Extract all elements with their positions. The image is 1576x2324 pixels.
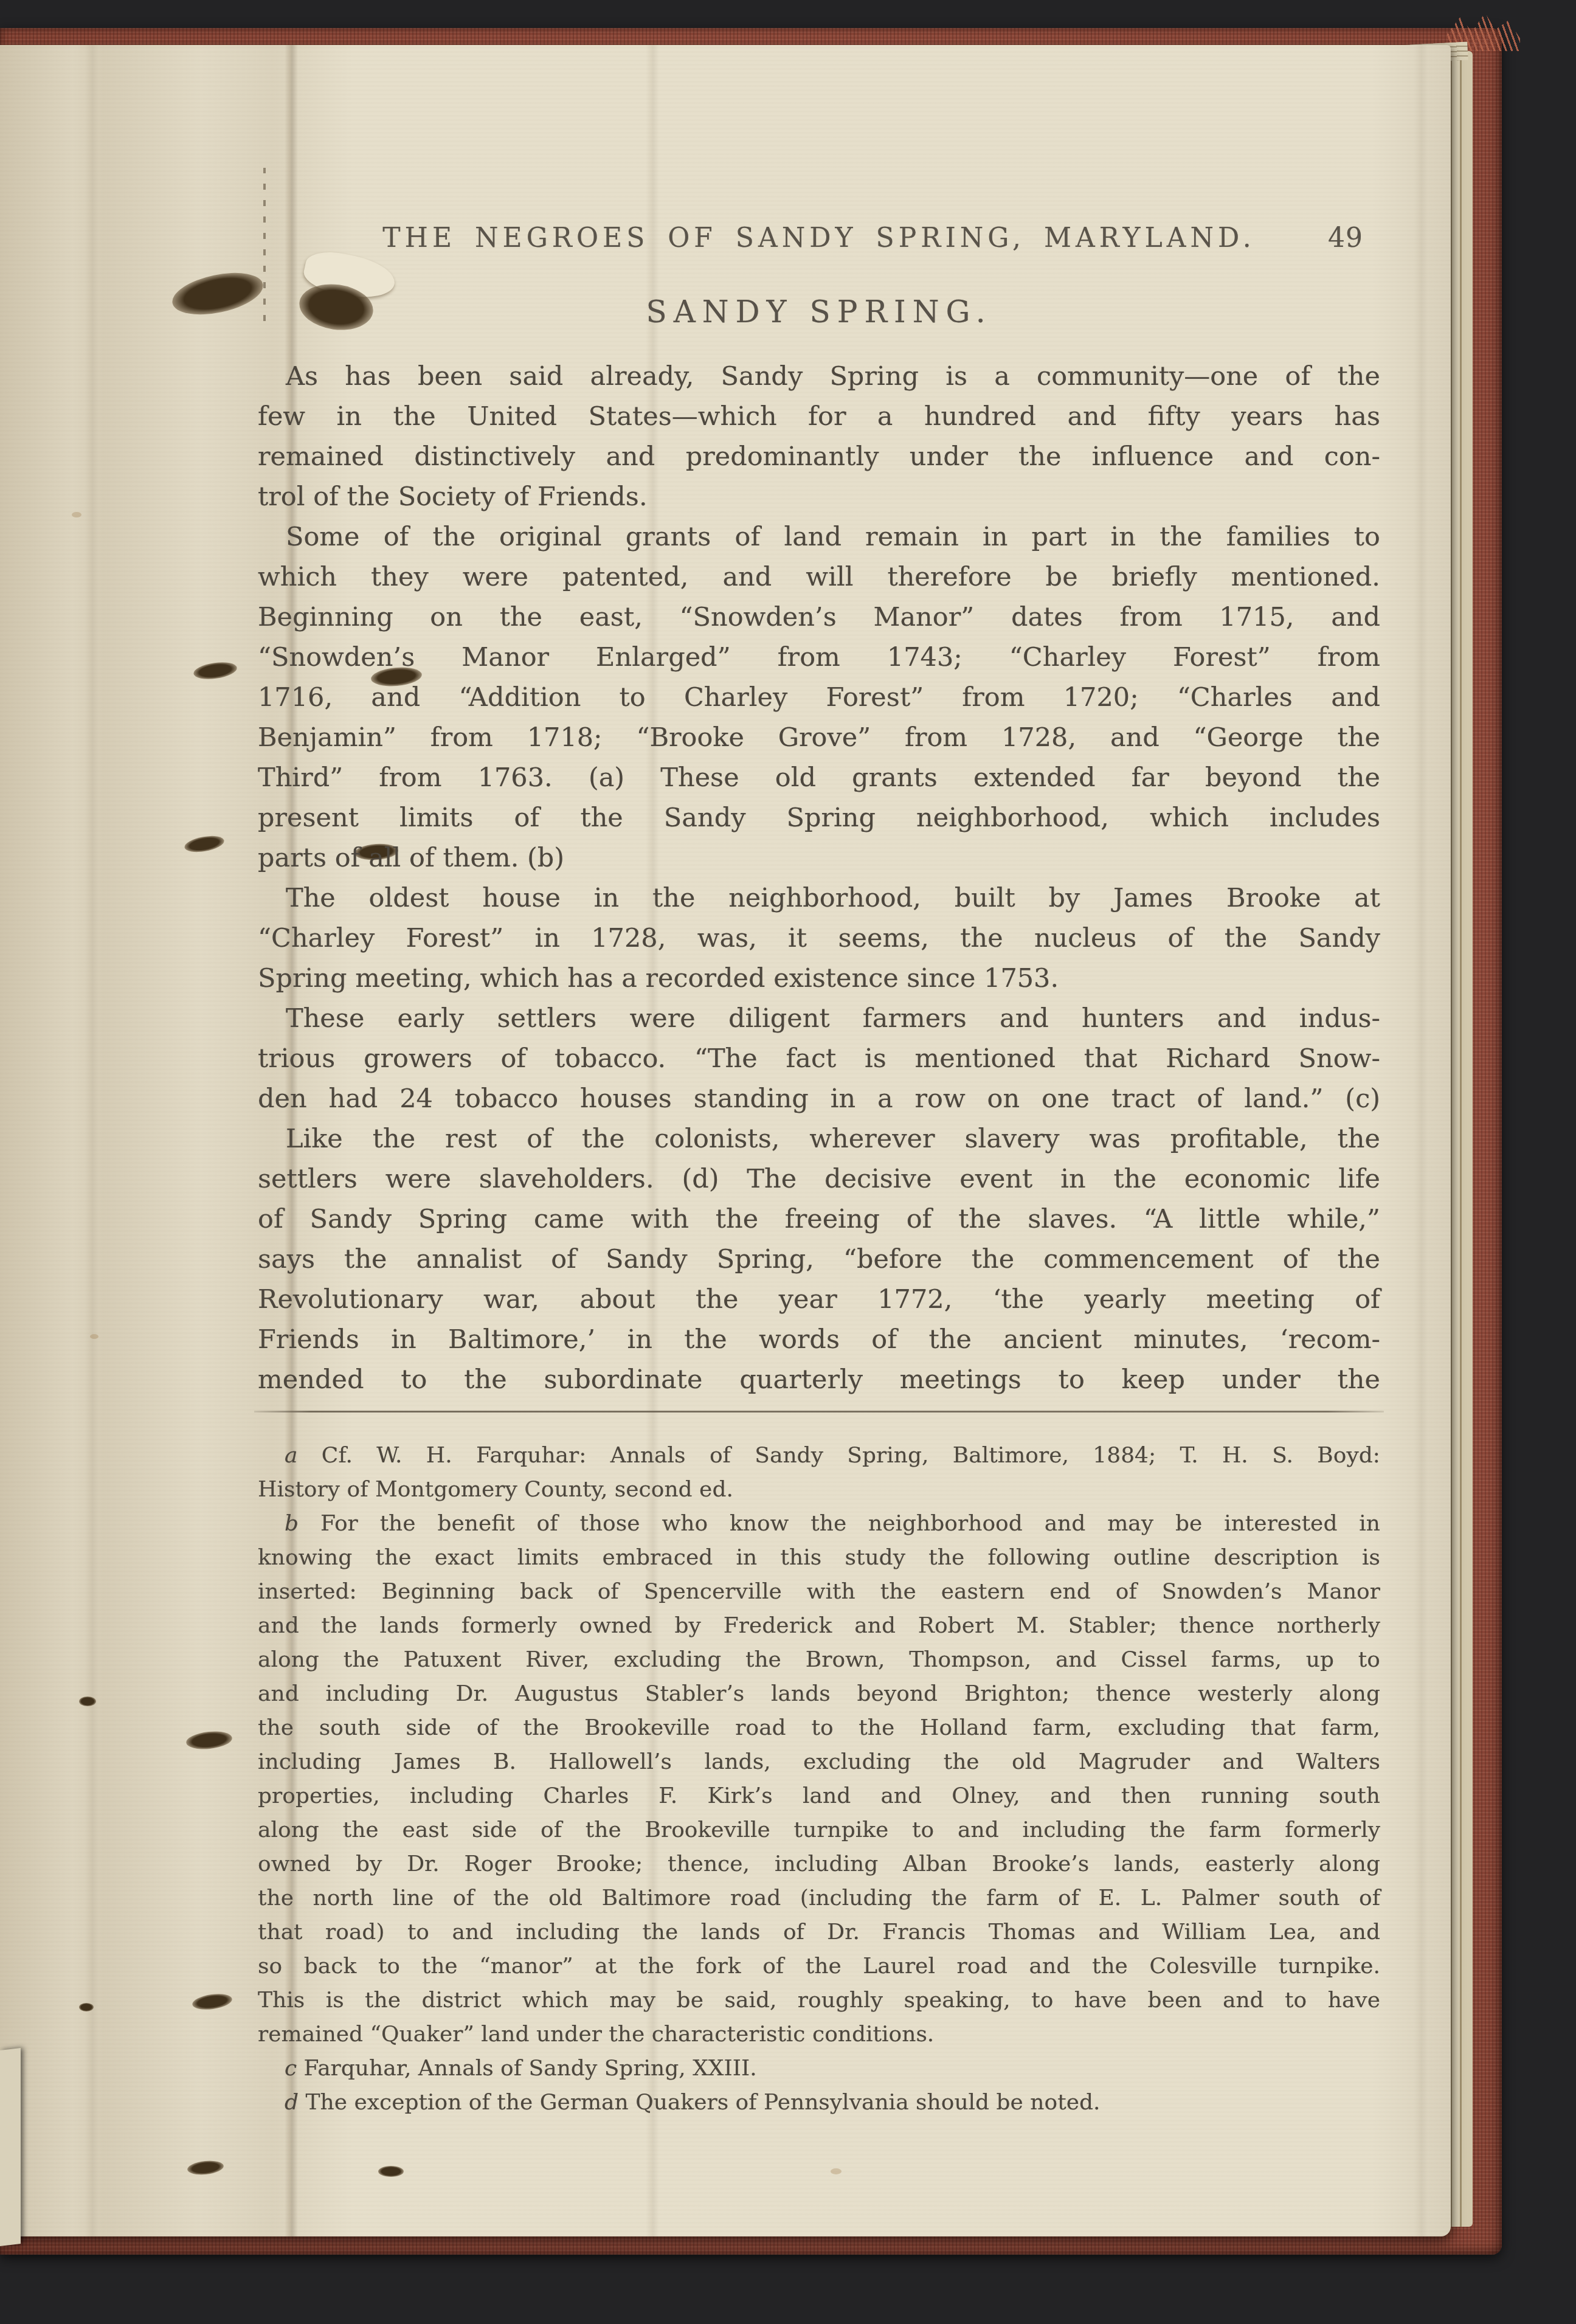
text-line: Friends in Baltimore,’ in the words of t… (258, 1319, 1380, 1360)
footnote: b For the benefit of those who know the … (258, 1507, 1380, 2052)
paragraph: These early settlers were diligent farme… (258, 998, 1380, 1119)
text-line: This is the district which may be said, … (258, 1983, 1380, 2018)
text-line: settlers were slaveholders. (d) The deci… (258, 1159, 1380, 1199)
text-line: Benjamin” from 1718; “Brooke Grove” from… (258, 718, 1380, 758)
text-line: Third” from 1763. (a) These old grants e… (258, 758, 1380, 798)
text-line: the north line of the old Baltimore road… (258, 1881, 1380, 1915)
text-line: 1716, and “Addition to Charley Forest” f… (258, 677, 1380, 718)
text-line: along the east side of the Brookeville t… (258, 1813, 1380, 1847)
text-line: den had 24 tobacco houses standing in a … (258, 1079, 1380, 1119)
binding-hole (79, 2003, 94, 2011)
binding-hole (79, 1696, 96, 1706)
running-head-row: THE NEGROES OF SANDY SPRING, MARYLAND. 4… (258, 223, 1380, 254)
paragraph: Some of the original grants of land rema… (258, 517, 1380, 878)
text-line: mended to the subordinate quarterly meet… (258, 1360, 1380, 1400)
text-line: As has been said already, Sandy Spring i… (258, 356, 1380, 396)
text-line: along the Patuxent River, excluding the … (258, 1643, 1380, 1677)
text-line: Spring meeting, which has a recorded exi… (258, 958, 1380, 998)
text-line: c Farquhar, Annals of Sandy Spring, XXII… (258, 2052, 1380, 2086)
text-line: including James B. Hallowell’s lands, ex… (258, 1745, 1380, 1779)
paper-speck (831, 2168, 842, 2174)
footnote-rule (254, 1411, 1384, 1413)
text-line: Some of the original grants of land rema… (258, 517, 1380, 557)
paragraph: Like the rest of the colonists, wherever… (258, 1119, 1380, 1400)
text-line: so back to the “manor” at the fork of th… (258, 1949, 1380, 1983)
text-line: a Cf. W. H. Farquhar: Annals of Sandy Sp… (258, 1439, 1380, 1473)
paper-speck (90, 1334, 98, 1339)
text-line: remained “Quaker” land under the charact… (258, 2018, 1380, 2052)
text-line: “Snowden’s Manor Enlarged” from 1743; “C… (258, 637, 1380, 677)
footnote: d The exception of the German Quakers of… (258, 2086, 1380, 2120)
text-line: inserted: Beginning back of Spencerville… (258, 1575, 1380, 1609)
paper-speck (72, 512, 81, 517)
running-head: THE NEGROES OF SANDY SPRING, MARYLAND. (382, 223, 1256, 254)
text-line: b For the benefit of those who know the … (258, 1507, 1380, 1541)
section-title: SANDY SPRING. (258, 294, 1380, 330)
text-line: and the lands formerly owned by Frederic… (258, 1609, 1380, 1643)
text-line: The oldest house in the neighborhood, bu… (258, 878, 1380, 918)
text-line: knowing the exact limits embraced in thi… (258, 1541, 1380, 1575)
page-number: 49 (1328, 223, 1363, 254)
footnotes: a Cf. W. H. Farquhar: Annals of Sandy Sp… (258, 1439, 1380, 2120)
text-line: of Sandy Spring came with the freeing of… (258, 1199, 1380, 1239)
text-line: Like the rest of the colonists, wherever… (258, 1119, 1380, 1159)
text-line: trol of the Society of Friends. (258, 477, 1380, 517)
footnote: a Cf. W. H. Farquhar: Annals of Sandy Sp… (258, 1439, 1380, 1507)
text-line: Revolutionary war, about the year 1772, … (258, 1279, 1380, 1319)
body-text: As has been said already, Sandy Spring i… (258, 356, 1380, 1400)
text-line: properties, including Charles F. Kirk’s … (258, 1779, 1380, 1813)
text-line: says the annalist of Sandy Spring, “befo… (258, 1239, 1380, 1279)
binding-hole (378, 2166, 404, 2177)
text-line: These early settlers were diligent farme… (258, 998, 1380, 1039)
paragraph: The oldest house in the neighborhood, bu… (258, 878, 1380, 998)
page-crease (85, 45, 98, 2236)
footnote: c Farquhar, Annals of Sandy Spring, XXII… (258, 2052, 1380, 2086)
text-line: “Charley Forest” in 1728, was, it seems,… (258, 918, 1380, 958)
text-line: trious growers of tobacco. “The fact is … (258, 1039, 1380, 1079)
text-line: the south side of the Brookeville road t… (258, 1711, 1380, 1745)
text-line: History of Montgomery County, second ed. (258, 1473, 1380, 1507)
paragraph: As has been said already, Sandy Spring i… (258, 356, 1380, 517)
text-line: present limits of the Sandy Spring neigh… (258, 798, 1380, 838)
text-line: and including Dr. Augustus Stabler’s lan… (258, 1677, 1380, 1711)
text-line: which they were patented, and will there… (258, 557, 1380, 597)
text-line: owned by Dr. Roger Brooke; thence, inclu… (258, 1847, 1380, 1881)
facing-page-sliver (0, 2048, 21, 2246)
text-line: Beginning on the east, “Snowden’s Manor”… (258, 597, 1380, 637)
text-line: d The exception of the German Quakers of… (258, 2086, 1380, 2120)
text-line: remained distinctively and predominantly… (258, 437, 1380, 477)
text-line: few in the United States—which for a hun… (258, 396, 1380, 437)
page-crease (1414, 45, 1428, 2236)
book-photo: THE NEGROES OF SANDY SPRING, MARYLAND. 4… (0, 0, 1576, 2324)
text-line: parts of all of them. (b) (258, 838, 1380, 878)
text-line: that road) to and including the lands of… (258, 1915, 1380, 1949)
